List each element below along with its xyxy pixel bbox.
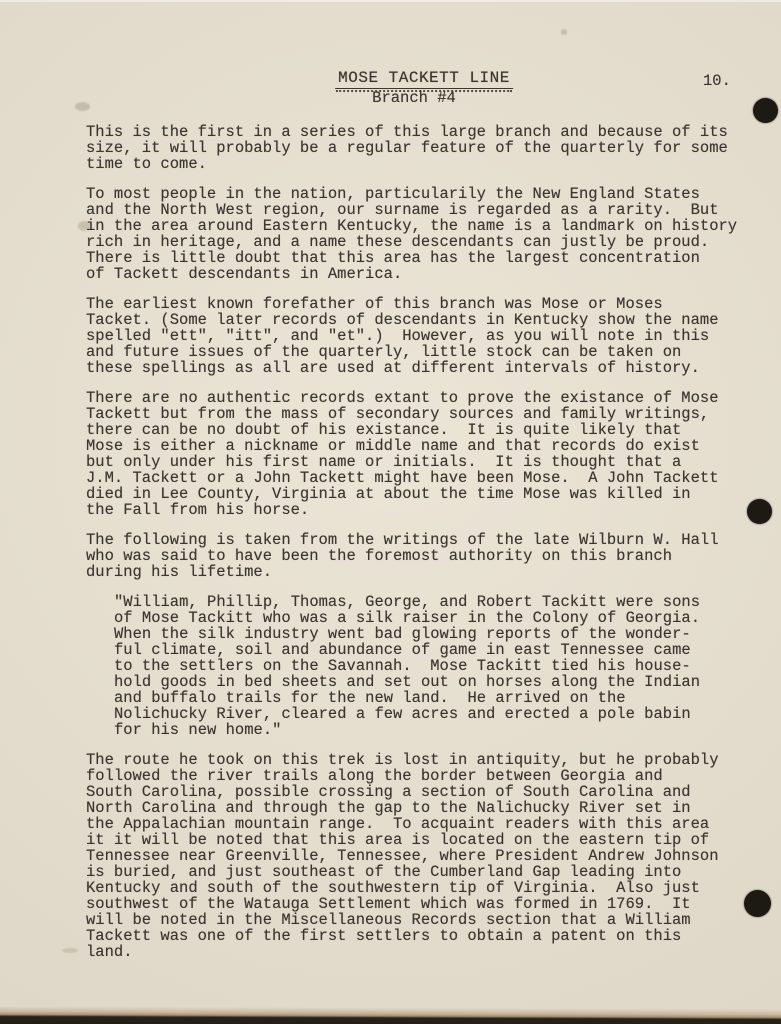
- document-body: This is the first in a series of this la…: [86, 124, 752, 974]
- paper-speck: [62, 948, 78, 953]
- quote-block: "William, Phillip, Thomas, George, and R…: [86, 594, 752, 738]
- punch-hole-top: [753, 98, 778, 123]
- punch-hole-bottom: [744, 890, 771, 917]
- paragraph-hall-attribution: The following is taken from the writings…: [86, 532, 752, 580]
- paragraph-trek-route: The route he took on this trek is lost i…: [86, 752, 752, 960]
- paper-top-edge: [0, 0, 781, 2]
- paper-speck: [75, 102, 90, 111]
- scanned-page: MOSE TACKETT LINE Branch #4 10. This is …: [0, 0, 781, 1024]
- paper-speck: [78, 221, 90, 231]
- punch-hole-middle: [747, 499, 772, 524]
- page-title: MOSE TACKETT LINE: [335, 70, 513, 89]
- paper-speck: [561, 29, 567, 35]
- page-subtitle: Branch #4: [372, 90, 456, 106]
- paper-bottom-edge: [0, 1006, 781, 1024]
- page-number: 10.: [703, 73, 731, 89]
- paragraph-surname-rarity: To most people in the nation, particular…: [86, 186, 752, 282]
- paragraph-no-authentic-records: There are no authentic records extant to…: [86, 390, 752, 518]
- paragraph-intro: This is the first in a series of this la…: [86, 124, 752, 172]
- paragraph-earliest-forefather: The earliest known forefather of this br…: [86, 296, 752, 376]
